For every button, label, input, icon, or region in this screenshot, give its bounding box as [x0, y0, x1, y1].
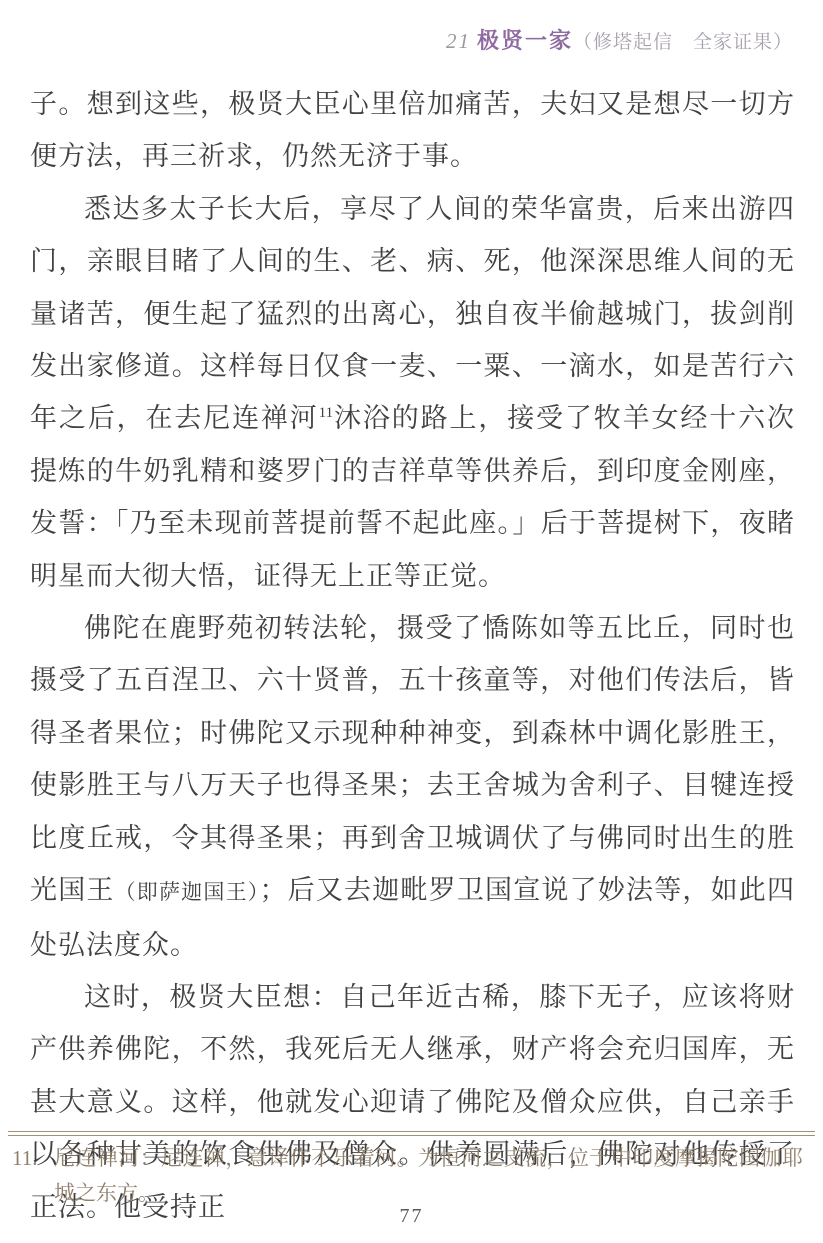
footnote-divider [8, 1131, 815, 1136]
paragraph-text: 佛陀在鹿野苑初转法轮，摄受了憍陈如等五比丘，同时也摄受了五百涅卫、六十贤普，五十… [30, 613, 795, 905]
book-page: 21极贤一家（修塔起信 全家证果） 子。想到这些，极贤大臣心里倍加痛苦，夫妇又是… [0, 0, 823, 1243]
chapter-subtitle: （修塔起信 全家证果） [573, 32, 793, 53]
footnote-reference-marker: 11 [319, 405, 333, 421]
chapter-number: 21 [446, 29, 471, 53]
page-number: 77 [0, 1205, 823, 1228]
body-text: 子。想到这些，极贤大臣心里倍加痛苦，夫妇又是想尽一切方便方法，再三祈求，仍然无济… [30, 78, 795, 1233]
running-header: 21极贤一家（修塔起信 全家证果） [0, 24, 793, 55]
footnote: 11. 尼连禅河：尼连禅，意译作不乐着河。为恒河之支流，位于中印度摩揭陀国伽耶城… [12, 1141, 803, 1211]
paragraph-text: 悉达多太子长大后，享尽了人间的荣华富贵，后来出游四门，亲眼目睹了人间的生、老、病… [30, 194, 795, 434]
paragraph-siddhartha: 悉达多太子长大后，享尽了人间的荣华富贵，后来出游四门，亲眼目睹了人间的生、老、病… [30, 183, 795, 602]
footnote-text: 尼连禅河：尼连禅，意译作不乐着河。为恒河之支流，位于中印度摩揭陀国伽耶城之东方。 [54, 1141, 803, 1211]
paragraph-continuation: 子。想到这些，极贤大臣心里倍加痛苦，夫妇又是想尽一切方便方法，再三祈求，仍然无济… [30, 78, 795, 183]
paragraph-dharma-wheel: 佛陀在鹿野苑初转法轮，摄受了憍陈如等五比丘，同时也摄受了五百涅卫、六十贤普，五十… [30, 602, 795, 971]
chapter-title: 极贤一家 [477, 28, 573, 53]
inline-annotation: （即萨迦国王） [115, 880, 260, 904]
footnote-number: 11. [12, 1141, 54, 1211]
paragraph-text: 子。想到这些，极贤大臣心里倍加痛苦，夫妇又是想尽一切方便方法，再三祈求，仍然无济… [30, 89, 795, 171]
